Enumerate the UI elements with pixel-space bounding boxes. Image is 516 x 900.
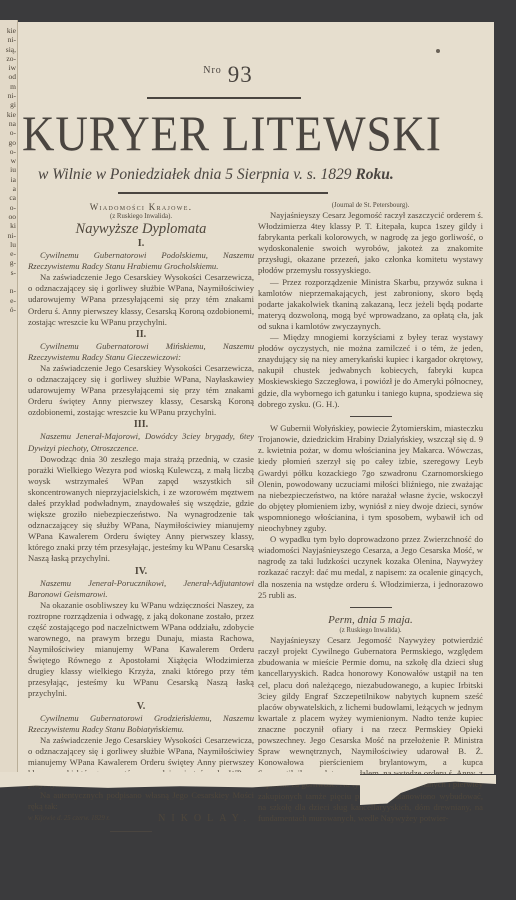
article: — Między mnogiemi korzyściami z byłey te…	[258, 332, 483, 410]
diploma-body: Dowodząc dnia 30 zeszłego maja strażą pr…	[28, 454, 254, 565]
divider-rule	[110, 831, 152, 833]
diploma-body: Na zaświadczenie Jego Cesarskiey Wysokoś…	[28, 272, 254, 327]
diploma-addressee: Naszemu Jenerał-Porucznikowi, Jenerał-Ad…	[28, 578, 254, 600]
issue-value: 93	[228, 62, 253, 87]
diploma-addressee: Cywilnemu Gubernatorowi Mińskiemu, Nasze…	[28, 341, 254, 363]
issue-prefix: Nro	[203, 65, 222, 76]
dateline: w Wilnie w Poniedziałek dnia 5 Sierpnia …	[38, 166, 478, 184]
diploma-2: II. Cywilnemu Gubernatorowi Mińskiemu, N…	[28, 329, 254, 419]
diploma-numeral: IV.	[28, 566, 254, 578]
article: W Gubernii Wołyńskiey, powiecie Żytomier…	[258, 423, 483, 534]
perm-source: (z Ruskiego Inwalida).	[258, 627, 483, 635]
perm-dateline: Perm, dnia 5 maja.	[258, 614, 483, 627]
dateline-text: w Wilnie w Poniedziałek dnia 5 Sierpnia …	[38, 166, 352, 183]
divider-rule	[350, 607, 392, 609]
diploma-body: Na zaświadczenie Jego Cesarskiey Wysokoś…	[28, 363, 254, 418]
issue-number: Nro93	[18, 62, 438, 88]
diploma-1: I. Cywilnemu Gubernatorowi Podolskiemu, …	[28, 238, 254, 328]
newspaper-page: Nro93 KURYER LITEWSKI w Wilnie w Poniedz…	[18, 22, 494, 774]
divider-rule	[350, 416, 392, 418]
diploma-numeral: I.	[28, 238, 254, 250]
closing-text: Na autentycznych podpisano własną Jego C…	[28, 790, 254, 812]
right-column: (Journal de St. Petersbourg). Nayjaśniey…	[258, 202, 483, 824]
previous-page-strip: kie ni- sią, zo- iw od m ni- gi kie na o…	[0, 20, 18, 772]
subsection-title: Naywyższe Dyplomata	[28, 221, 254, 237]
divider-rule	[147, 97, 301, 99]
diploma-3: III. Naszemu Jenerał-Majorowi, Dowódcy 3…	[28, 419, 254, 564]
source-header: (Journal de St. Petersbourg).	[258, 202, 483, 210]
left-column: Wiadomości Krajowe. (z Ruskiego Inwalida…	[28, 202, 254, 838]
diploma-4: IV. Naszemu Jenerał-Porucznikowi, Jenera…	[28, 566, 254, 700]
diploma-addressee: Cywilnemu Gubernatorowi Grodzieńskiemu, …	[28, 713, 254, 735]
diploma-numeral: III.	[28, 419, 254, 431]
dateline-year-word: Roku.	[355, 166, 393, 183]
ink-spot	[436, 49, 440, 53]
section-source: (z Ruskiego Inwalida).	[28, 213, 254, 221]
diploma-numeral: II.	[28, 329, 254, 341]
diploma-addressee: Cywilnemu Gubernatorowi Podolskiemu, Nas…	[28, 250, 254, 272]
previous-page-text: kie ni- sią, zo- iw od m ni- gi kie na o…	[0, 20, 17, 314]
divider-rule	[118, 192, 328, 194]
diploma-body: Na okazanie osobliwszey ku WPanu wdzięcz…	[28, 600, 254, 700]
signature-line: w Kijowie d. 25 czerw. 1829 r. NIKOLAY.	[28, 813, 254, 824]
signature-name: NIKOLAY.	[158, 813, 252, 824]
article: O wypadku tym było doprowadzono przez Zw…	[258, 534, 483, 601]
article: — Przez rozporządzenie Ministra Skarbu, …	[258, 277, 483, 332]
article: Nayjaśnieyszy Cesarz Jegomość raczył zas…	[258, 210, 483, 277]
newspaper-title: KURYER LITEWSKI	[22, 106, 418, 160]
diploma-numeral: V.	[28, 701, 254, 713]
signature-place: w Kijowie d. 25 czerw. 1829 r.	[28, 813, 110, 824]
section-title: Wiadomości Krajowe.	[28, 202, 254, 213]
diploma-addressee: Naszemu Jenerał-Majorowi, Dowódcy 3ciey …	[28, 431, 254, 453]
